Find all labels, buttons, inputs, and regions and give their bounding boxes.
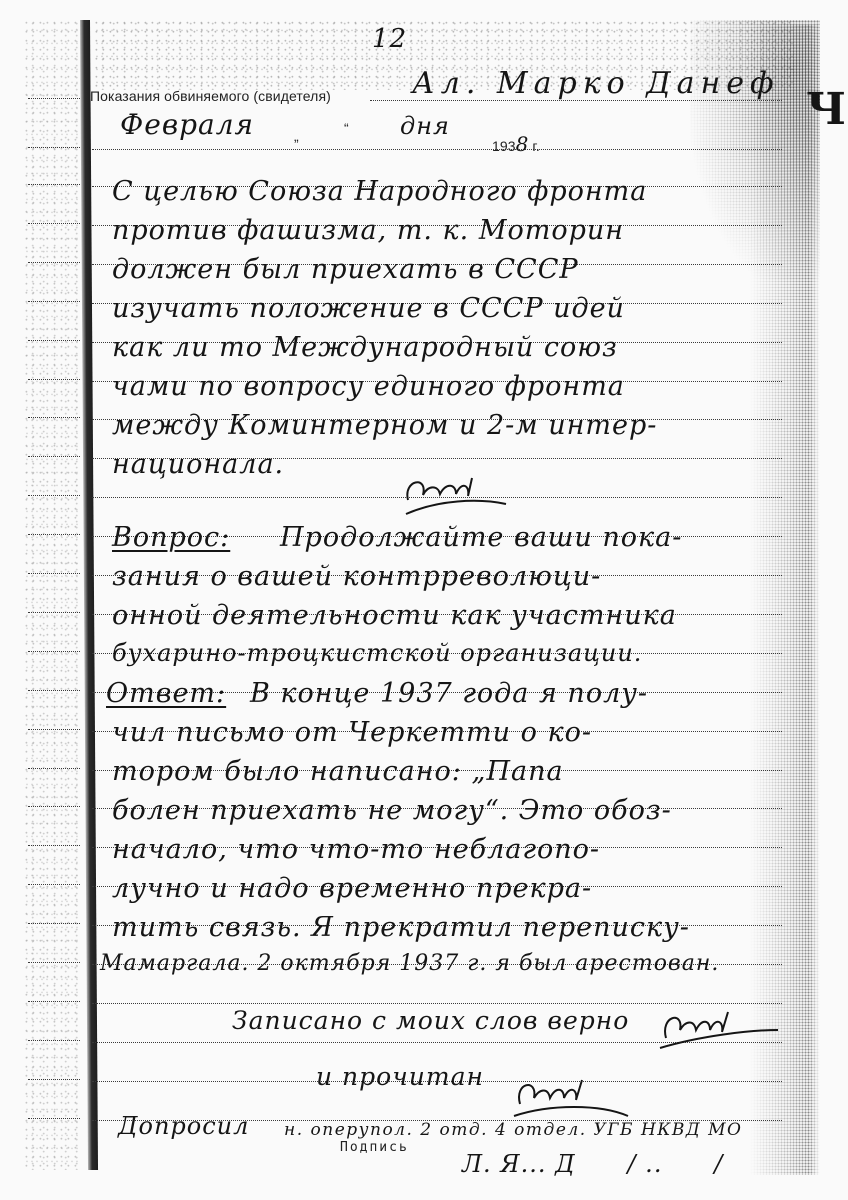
ruled-line-margin — [28, 1079, 80, 1080]
statement-line: против фашизма, т. к. Моторин — [112, 215, 624, 246]
ruled-line-margin — [28, 147, 80, 148]
attestation-read: и прочитан — [316, 1062, 484, 1091]
ruled-line-margin — [28, 456, 80, 457]
statement-line: С целью Союза Народного фронта — [112, 176, 647, 207]
margin-rule — [80, 20, 98, 1170]
date-quote-close: “ — [344, 120, 349, 136]
ruled-line-margin — [28, 1118, 80, 1119]
ruled-line-margin — [28, 573, 80, 574]
ruled-line-margin — [28, 301, 80, 302]
answer-line: лучно и надо временно прекра- — [112, 873, 592, 904]
signature-printed-label: Подпись — [340, 1140, 409, 1155]
ruled-line-margin — [28, 845, 80, 846]
ruled-line-margin — [28, 1001, 80, 1002]
ruled-line-margin — [28, 98, 80, 99]
answer-line: начало, что что-то неблагопо- — [112, 834, 600, 865]
ruled-line-margin — [28, 612, 80, 613]
answer-label: Ответ: — [106, 678, 226, 709]
answer-line: тором было написано: „Папа — [112, 756, 564, 787]
ruled-line-margin — [28, 495, 80, 496]
ruled-line-margin — [28, 379, 80, 380]
ruled-line-margin — [28, 340, 80, 341]
ruled-line-margin — [28, 962, 80, 963]
signature-3 — [510, 1074, 630, 1124]
ruled-line-margin — [28, 729, 80, 730]
question-line: Продолжайте ваши пока- — [280, 522, 682, 553]
ruled-line-margin — [28, 184, 80, 185]
interrogated-by-label: Допросил — [118, 1112, 249, 1140]
ruled-line-margin — [28, 884, 80, 885]
statement-line: должен был приехать в СССР — [112, 254, 579, 285]
year-printed: 193 — [492, 138, 516, 154]
date-quote-open: „ — [294, 128, 299, 144]
margin-mark: Ч — [806, 84, 847, 135]
photocopy-noise-left-margin — [25, 20, 80, 1170]
ruled-line-margin — [28, 923, 80, 924]
ruled-line-margin — [28, 690, 80, 691]
answer-line: В конце 1937 года я полу- — [250, 678, 648, 709]
interrogator-title: н. оперупол. 2 отд. 4 отдел. УГБ НКВД МО — [284, 1120, 743, 1140]
ruled-line — [92, 149, 782, 150]
ruled-line-margin — [28, 651, 80, 652]
bottom-initials: Л. Я... Д / .. / — [462, 1150, 723, 1178]
ruled-line-margin — [28, 1040, 80, 1041]
ruled-line-margin — [28, 806, 80, 807]
date-month: Февраля — [120, 108, 254, 141]
ruled-line-margin — [28, 262, 80, 263]
attestation-recorded: Записано с моих слов верно — [232, 1006, 629, 1035]
form-label-testimony: Показания обвиняемого (свидетеля) — [90, 88, 331, 104]
witness-name: Ал. Марко Данеф — [412, 66, 780, 101]
page-number: 12 — [372, 24, 407, 54]
answer-line: чил письмо от Черкетти о ко- — [112, 717, 592, 748]
question-line: зания о вашей контрреволюци- — [112, 561, 601, 592]
year-handwritten-digit: 8 — [516, 132, 529, 156]
ruled-line-margin — [28, 768, 80, 769]
statement-line: чами по вопросу единого фронта — [112, 371, 625, 402]
answer-line: тить связь. Я прекратил переписку- — [112, 912, 690, 943]
question-label: Вопрос: — [112, 522, 230, 553]
signature-2 — [660, 1008, 780, 1052]
ruled-line-margin — [28, 223, 80, 224]
document-page: 12 Показания обвиняемого (свидетеля) Ал.… — [0, 0, 848, 1200]
question-line: онной деятельности как участника — [112, 600, 677, 631]
date-year: 1938 г. — [492, 132, 540, 156]
ruled-line — [92, 1003, 782, 1004]
ruled-line-margin — [28, 417, 80, 418]
statement-line: изучать положение в СССР идей — [112, 293, 625, 324]
ruled-line-margin — [28, 534, 80, 535]
year-suffix: г. — [532, 138, 540, 154]
question-line: бухарино-троцкистской организации. — [112, 639, 642, 667]
statement-line: национала. — [112, 449, 284, 480]
date-day-label: дня — [400, 112, 450, 140]
statement-line: между Коминтерном и 2-м интер- — [112, 410, 657, 441]
answer-line: Мамаргала. 2 октября 1937 г. я был арест… — [100, 951, 719, 976]
signature-1 — [398, 470, 508, 520]
answer-line: болен приехать не могу“. Это обоз- — [112, 795, 672, 826]
statement-line: как ли то Международный союз — [112, 332, 618, 363]
